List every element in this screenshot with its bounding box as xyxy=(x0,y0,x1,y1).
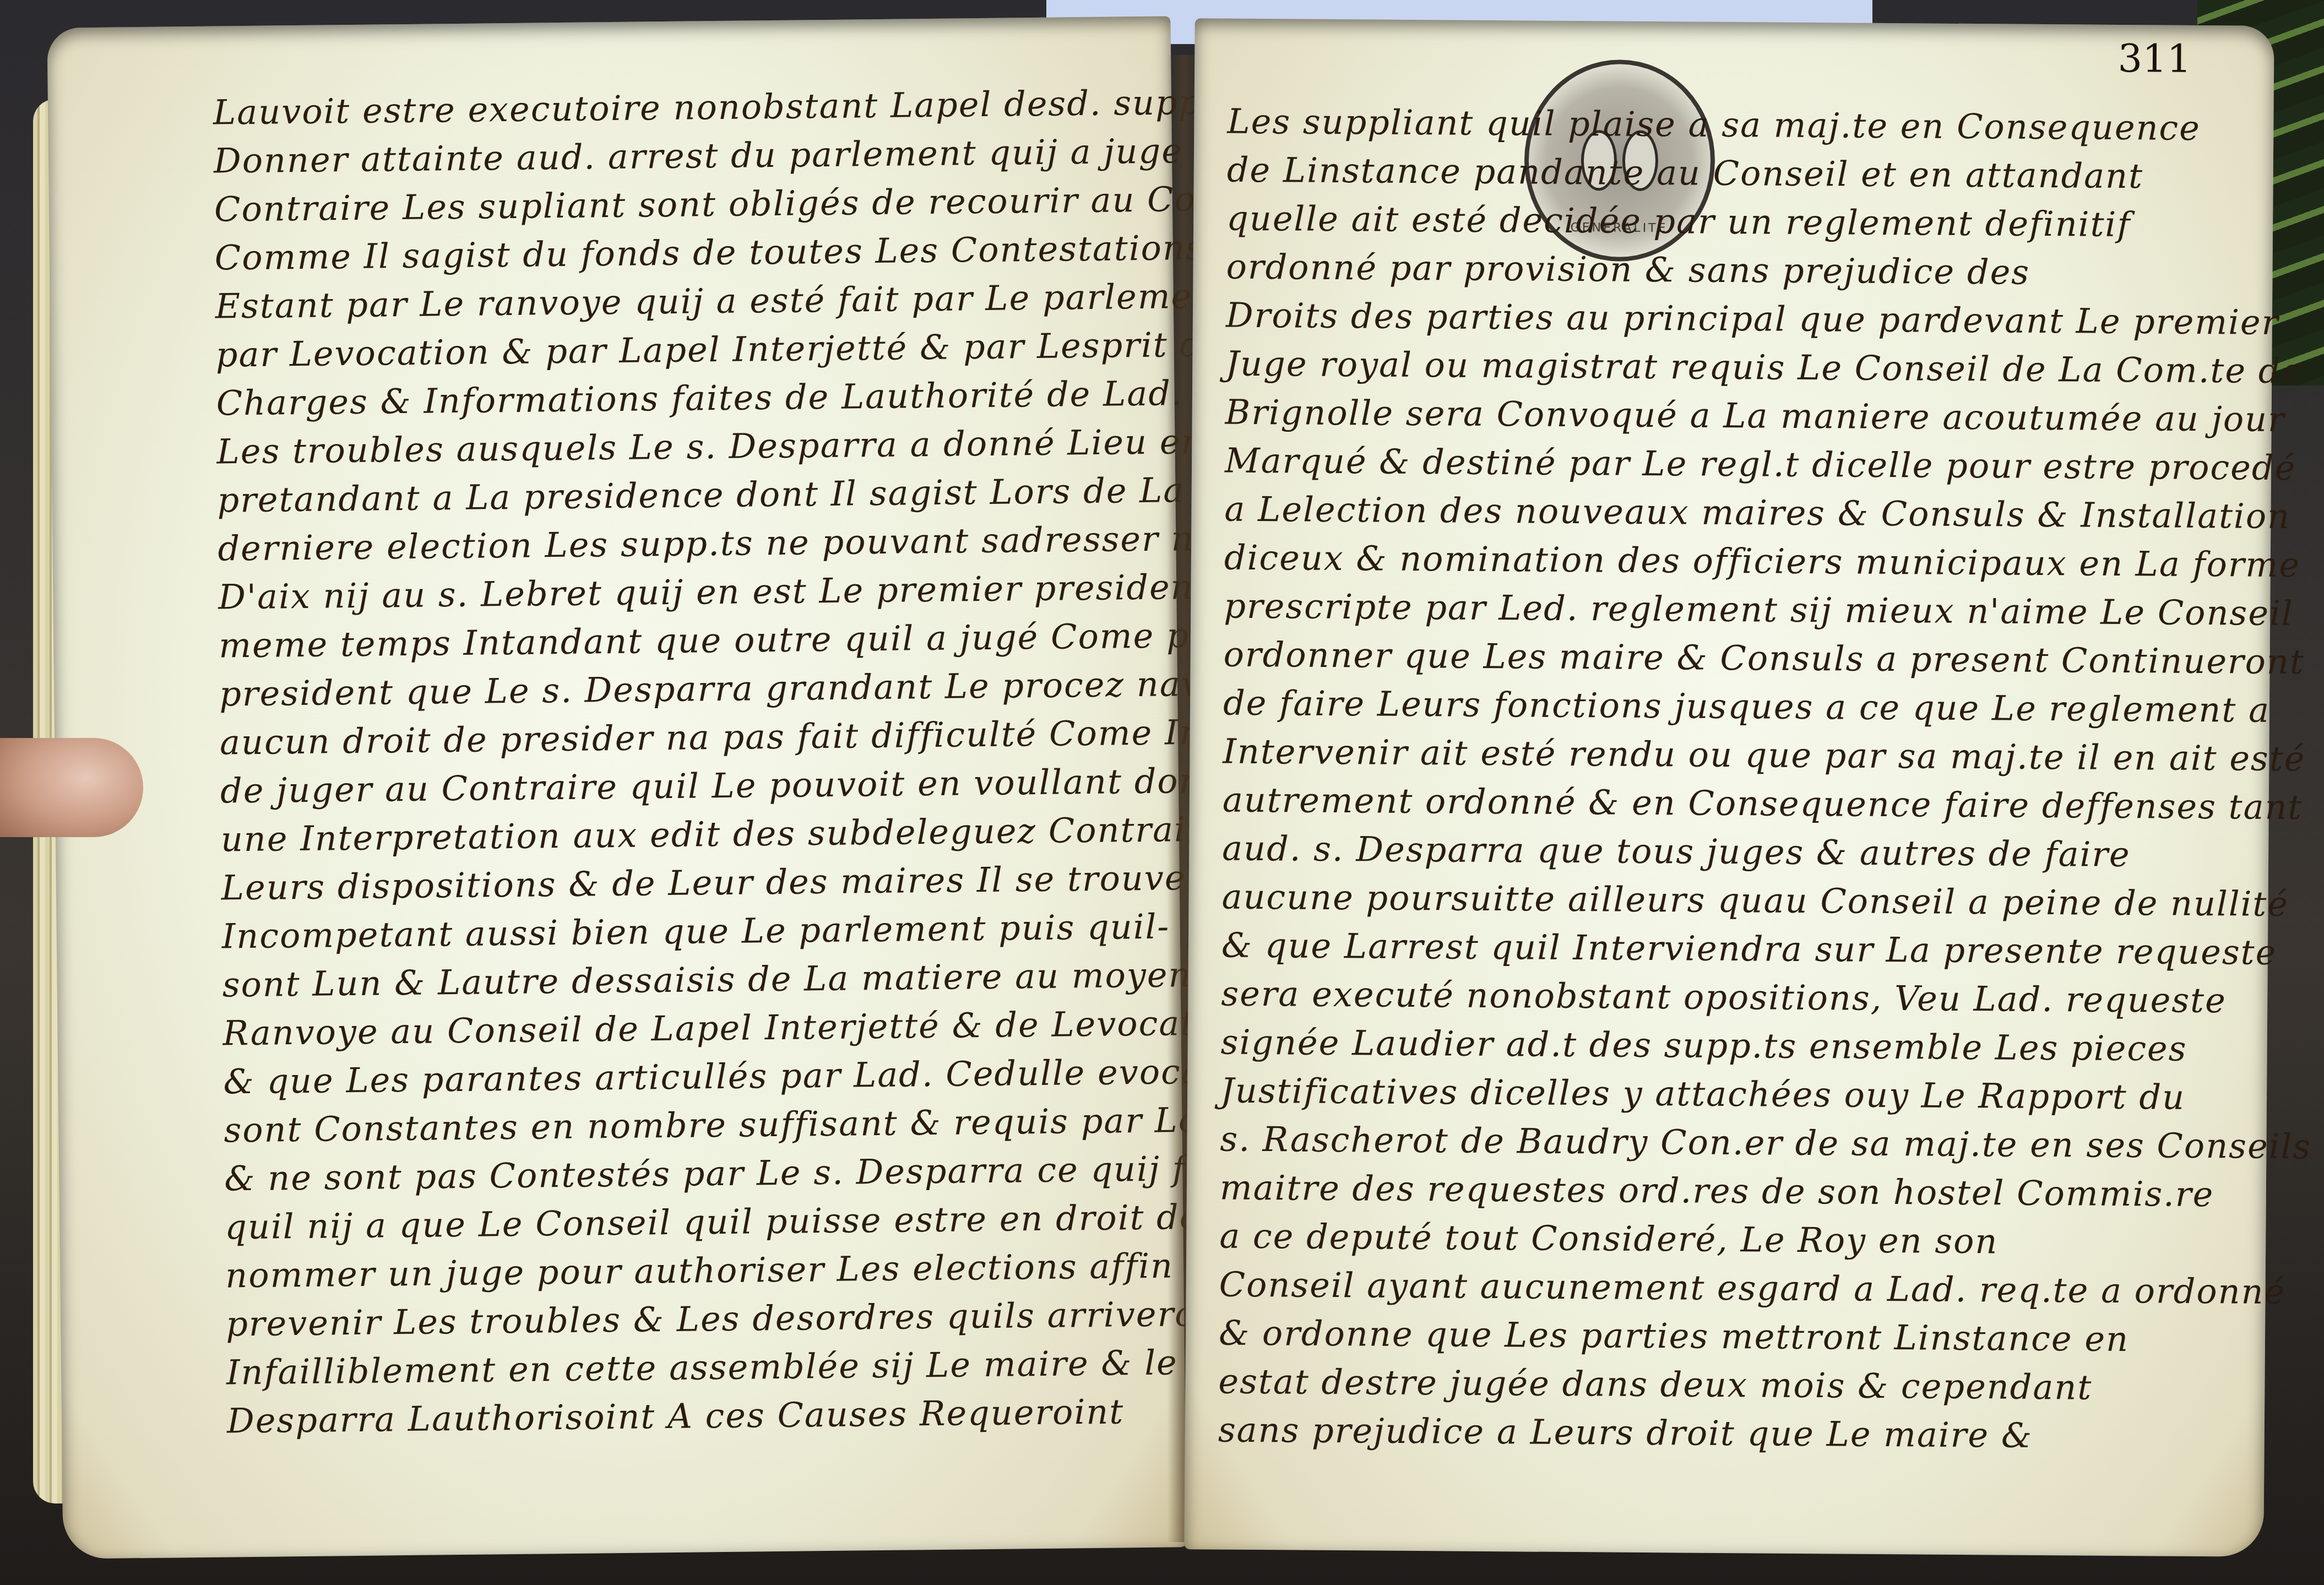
manuscript-line: Donner attainte aud. arrest du parlement… xyxy=(214,130,1240,181)
holding-thumb xyxy=(0,738,143,837)
manuscript-line: sans prejudice a Leurs droit que Le mair… xyxy=(1218,1410,2033,1456)
manuscript-line: Contraire Les supliant sont obligés de r… xyxy=(214,178,1284,229)
manuscript-line: Les troubles ausquels Le s. Desparra a d… xyxy=(216,421,1204,472)
manuscript-line: signée Laudier ad.t des supp.ts ensemble… xyxy=(1220,1022,2187,1069)
manuscript-line: quelle ait esté decidée par un reglement… xyxy=(1226,198,2131,245)
manuscript-line: s. Rascherot de Baudry Con.er de sa maj.… xyxy=(1220,1119,2311,1167)
manuscript-line: Conseil ayant aucunement esgard a Lad. r… xyxy=(1219,1264,2285,1312)
manuscript-line: autrement ordonné & en Consequence faire… xyxy=(1223,780,2303,828)
manuscript-line: & que Larrest quil Interviendra sur La p… xyxy=(1221,925,2277,973)
manuscript-line: D'aix nij au s. Lebret quij en est Le pr… xyxy=(218,566,1313,617)
manuscript-line: maitre des requestes ord.res de son host… xyxy=(1220,1168,2214,1215)
manuscript-line: Marqué & destiné par Le regl.t dicelle p… xyxy=(1225,441,2296,488)
manuscript-line: a Lelection des nouveaux maires & Consul… xyxy=(1224,489,2290,537)
manuscript-line: sont Constantes en nombre suffisant & re… xyxy=(224,1099,1294,1150)
manuscript-line: & ne sont pas Contestés par Le s. Despar… xyxy=(224,1148,1235,1198)
manuscript-line: Charges & Informations faites de Lauthor… xyxy=(216,372,1285,423)
manuscript-line: aud. s. Desparra que tous juges & autres… xyxy=(1222,828,2131,875)
manuscript-line: de juger au Contraire quil Le pouvoit en… xyxy=(220,760,1264,811)
right-page: 311 GENERALITE Les suppliant quil plaise… xyxy=(1184,18,2274,1557)
manuscript-line: & que Les parantes articullés par Lad. C… xyxy=(223,1050,1290,1101)
manuscript-line: Ranvoye au Conseil de Lapel Interjetté &… xyxy=(222,1002,1252,1054)
manuscript-line: Justificatives dicelles y attachées ouy … xyxy=(1220,1071,2185,1117)
manuscript-line: ordonné par provision & sans prejudice d… xyxy=(1226,247,2030,292)
manuscript-line: sont Lun & Lautre dessaisis de La matier… xyxy=(222,954,1250,1005)
manuscript-line: Juge royal ou magistrat requis Le Consei… xyxy=(1225,344,2303,392)
manuscript-line: Les suppliant quil plaise a sa maj.te en… xyxy=(1227,101,2201,148)
manuscript-line: Brignolle sera Convoqué a La maniere aco… xyxy=(1225,392,2285,439)
manuscript-line: diceux & nomination des officiers munici… xyxy=(1224,538,2301,585)
manuscript-line: & ordonne que Les parties mettront Linst… xyxy=(1219,1313,2129,1360)
manuscript-line: Droits des parties au principal que pard… xyxy=(1226,295,2279,343)
right-page-text: Les suppliant quil plaise a sa maj.te en… xyxy=(1184,18,2274,1557)
manuscript-line: une Interpretation aux edit des subdeleg… xyxy=(221,808,1277,859)
manuscript-line: Desparra Lauthorisoint A ces Causes Requ… xyxy=(227,1391,1125,1441)
manuscript-line: Infailliblement en cette assemblée sij L… xyxy=(226,1342,1221,1393)
manuscript-line: president que Le s. Desparra grandant Le… xyxy=(219,663,1250,714)
manuscript-line: estat destre jugée dans deux mois & cepe… xyxy=(1218,1361,2092,1408)
left-page-text: Lauvoit estre executoire nonobstant Lape… xyxy=(47,16,1187,1559)
manuscript-line: quil nij a que Le Conseil quil puisse es… xyxy=(225,1197,1201,1247)
manuscript-line: Leurs dispositions & de Leur des maires … xyxy=(221,857,1186,908)
manuscript-line: pretandant a La presidence dont Il sagis… xyxy=(217,470,1185,520)
manuscript-line: de Linstance pandante au Conseil et en a… xyxy=(1227,150,2144,197)
manuscript-line: meme temps Intandant que outre quil a ju… xyxy=(219,614,1312,666)
manuscript-line: Estant par Le ranvoye quij a esté fait p… xyxy=(215,275,1310,327)
manuscript-line: prescripte par Led. reglement sij mieux … xyxy=(1224,586,2294,634)
open-manuscript-book: Lauvoit estre executoire nonobstant Lape… xyxy=(22,22,2296,1564)
manuscript-line: Comme Il sagist du fonds de toutes Les C… xyxy=(215,227,1205,278)
manuscript-line: nommer un juge pour authoriser Les elect… xyxy=(225,1245,1230,1295)
manuscript-line: ordonner que Les maire & Consuls a prese… xyxy=(1223,634,2305,682)
manuscript-line: a ce deputé tout Consideré, Le Roy en so… xyxy=(1219,1216,1999,1262)
manuscript-line: Incompetant aussi bien que Le parlement … xyxy=(221,906,1170,956)
manuscript-line: de faire Leurs fonctions jusques a ce qu… xyxy=(1223,683,2270,730)
left-page: Lauvoit estre executoire nonobstant Lape… xyxy=(47,16,1187,1559)
manuscript-line: aucune poursuitte ailleurs quau Conseil … xyxy=(1221,877,2289,925)
manuscript-line: prevenir Les troubles & Les desordres qu… xyxy=(226,1293,1247,1344)
manuscript-line: par Levocation & par Lapel Interjetté & … xyxy=(215,324,1243,375)
manuscript-line: sera executé nonobstant opositions, Veu … xyxy=(1221,974,2227,1021)
manuscript-line: Intervenir ait esté rendu ou que par sa … xyxy=(1223,731,2305,779)
